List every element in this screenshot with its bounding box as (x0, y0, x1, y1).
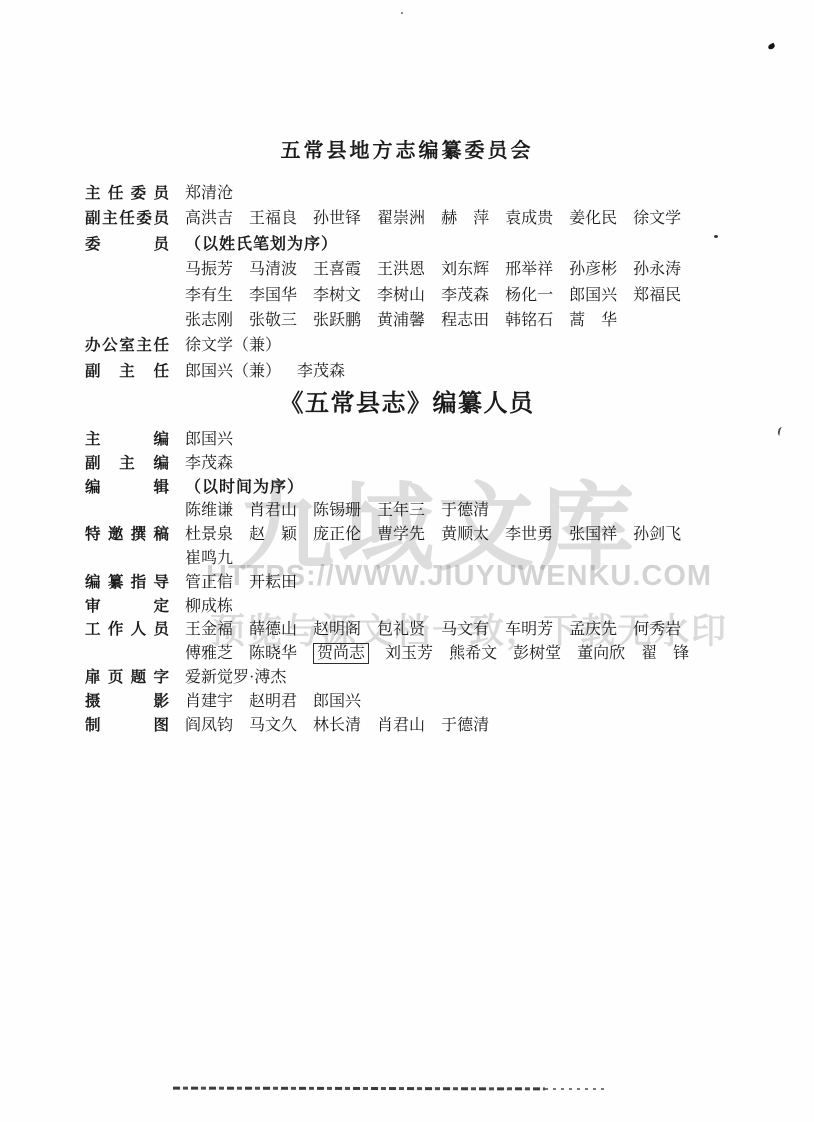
person-name: 孟庆先 (569, 620, 617, 639)
roster-row: 李有生李国华李树文李树山李茂森杨化一郎国兴郑福民 (85, 286, 745, 311)
names-list: 郎国兴（兼）李茂森 (185, 362, 345, 381)
names-list: 肖建宇赵明君郎国兴 (185, 692, 361, 711)
person-name: 翟崇洲 (377, 209, 425, 228)
names-list: 崔鸣九 (185, 549, 233, 568)
person-name: 包礼贤 (377, 620, 425, 639)
role-label: 制图 (85, 716, 169, 735)
person-name: 郑福民 (633, 286, 681, 305)
roster-row: 副主编李茂森 (85, 454, 775, 478)
names-list: 王金福薛德山赵明阁包礼贤马文有车明芳孟庆先何秀岩 (185, 620, 681, 639)
roster-row: 傅雅芝陈晓华贺尚志刘玉芳熊希文彭树堂董向欣翟 锋 (85, 644, 775, 668)
roster-row: 编辑（以时间为序） (85, 478, 775, 502)
sort-note: （以姓氏笔划为序） (185, 235, 338, 254)
person-name: 李国华 (249, 286, 297, 305)
roster-row: 主任委员郑清沧 (85, 184, 745, 209)
roster-row: 编纂指导管正信开耘田 (85, 573, 775, 597)
person-name: 孙彦彬 (569, 260, 617, 279)
person-name: 徐文学 (633, 209, 681, 228)
person-name: 张敬三 (249, 311, 297, 330)
names-list: 马振芳马清波王喜霞王洪恩刘东辉邢举祥孙彦彬孙永涛 (185, 260, 681, 279)
staff-title: 《五常县志》编纂人员 (0, 383, 814, 418)
person-name: 彭树堂 (513, 644, 561, 663)
sort-note: （以时间为序） (185, 478, 304, 497)
staff-roster: 主编郎国兴副主编李茂森编辑（以时间为序）陈维谦肖君山陈锡珊王年三于德清特邀撰稿杜… (85, 430, 775, 739)
role-label: 主编 (85, 430, 169, 449)
person-name: 陈锡珊 (313, 501, 361, 520)
roster-row: 张志刚张敬三张跃鹏黄浦馨程志田韩铭石蒿 华 (85, 311, 745, 336)
person-name: 曹学先 (377, 525, 425, 544)
person-name: 郎国兴 (185, 430, 233, 449)
person-name: 李有生 (185, 286, 233, 305)
role-label: 委员 (85, 235, 169, 254)
roster-row: 陈维谦肖君山陈锡珊王年三于德清 (85, 501, 775, 525)
roster-row: 制图阎凤钧马文久林长清肖君山于德清 (85, 716, 775, 740)
role-label: 编辑 (85, 478, 169, 497)
person-name: 爱新觉罗·溥杰 (185, 668, 286, 687)
person-name: 阎凤钧 (185, 716, 233, 735)
person-name: 马振芳 (185, 260, 233, 279)
names-list: 李有生李国华李树文李树山李茂森杨化一郎国兴郑福民 (185, 286, 681, 305)
roster-row: 特邀撰稿杜景泉赵 颖庞正伦曹学先黄顺太李世勇张国祥孙剑飞 (85, 525, 775, 549)
person-name: 马清波 (249, 260, 297, 279)
roster-row: 主编郎国兴 (85, 430, 775, 454)
person-name: 孙永涛 (633, 260, 681, 279)
names-list: 郑清沧 (185, 184, 233, 203)
person-name: 王年三 (377, 501, 425, 520)
role-label: 扉页题字 (85, 668, 169, 687)
person-name: 管正信 (185, 573, 233, 592)
person-name: 马文有 (441, 620, 489, 639)
names-list: 陈维谦肖君山陈锡珊王年三于德清 (185, 501, 489, 520)
person-name: 孙剑飞 (633, 525, 681, 544)
person-name: 何秀岩 (633, 620, 681, 639)
roster-row: 马振芳马清波王喜霞王洪恩刘东辉邢举祥孙彦彬孙永涛 (85, 260, 745, 285)
person-name: 刘玉芳 (385, 644, 433, 663)
role-label: 摄影 (85, 692, 169, 711)
person-name: 蒿 华 (569, 311, 617, 330)
roster-row: 副主任委员高洪吉王福良孙世铎翟崇洲赫 萍袁成贵姜化民徐文学 (85, 209, 745, 234)
names-list: 杜景泉赵 颖庞正伦曹学先黄顺太李世勇张国祥孙剑飞 (185, 525, 681, 544)
names-list: 爱新觉罗·溥杰 (185, 668, 286, 687)
person-name: 马文久 (249, 716, 297, 735)
roster-row: 摄影肖建宇赵明君郎国兴 (85, 692, 775, 716)
committee-roster: 主任委员郑清沧副主任委员高洪吉王福良孙世铎翟崇洲赫 萍袁成贵姜化民徐文学委员（以… (85, 184, 745, 387)
person-name: 王洪恩 (377, 260, 425, 279)
person-name: 袁成贵 (505, 209, 553, 228)
names-list: 管正信开耘田 (185, 573, 297, 592)
person-name: 林长清 (313, 716, 361, 735)
person-name: 崔鸣九 (185, 549, 233, 568)
role-label: 审定 (85, 597, 169, 616)
roster-row: 办公室主任徐文学（兼） (85, 336, 745, 361)
person-name: 邢举祥 (505, 260, 553, 279)
person-name: 董向欣 (577, 644, 625, 663)
person-name: 王金福 (185, 620, 233, 639)
person-name: 王福良 (249, 209, 297, 228)
names-list: 李茂森 (185, 454, 233, 473)
person-name: 翟 锋 (641, 644, 689, 663)
role-label: 工作人员 (85, 620, 169, 639)
person-name: 傅雅芝 (185, 644, 233, 663)
names-list: （以时间为序） (185, 478, 304, 497)
roster-row: 审定柳成栋 (85, 597, 775, 621)
roster-row: 扉页题字爱新觉罗·溥杰 (85, 668, 775, 692)
person-name: 开耘田 (249, 573, 297, 592)
person-name: 郎国兴（兼） (185, 362, 281, 381)
names-list: （以姓氏笔划为序） (185, 235, 338, 254)
person-name: 姜化民 (569, 209, 617, 228)
person-name: 李茂森 (185, 454, 233, 473)
person-name: 李世勇 (505, 525, 553, 544)
person-name: 杜景泉 (185, 525, 233, 544)
names-list: 郎国兴 (185, 430, 233, 449)
person-name: 张国祥 (569, 525, 617, 544)
names-list: 张志刚张敬三张跃鹏黄浦馨程志田韩铭石蒿 华 (185, 311, 617, 330)
person-name: 于德清 (441, 501, 489, 520)
person-name: 高洪吉 (185, 209, 233, 228)
person-name: 黄顺太 (441, 525, 489, 544)
person-name: 肖君山 (249, 501, 297, 520)
role-label: 主任委员 (85, 184, 169, 203)
person-name: 柳成栋 (185, 597, 233, 616)
person-name: 李树文 (313, 286, 361, 305)
person-name: 程志田 (441, 311, 489, 330)
person-name: 刘东辉 (441, 260, 489, 279)
page-content: 五常县地方志编纂委员会 主任委员郑清沧副主任委员高洪吉王福良孙世铎翟崇洲赫 萍袁… (0, 0, 814, 1122)
person-name: 于德清 (441, 716, 489, 735)
person-name: 李树山 (377, 286, 425, 305)
person-name: 车明芳 (505, 620, 553, 639)
person-name: 赫 萍 (441, 209, 489, 228)
person-name: 赵 颖 (249, 525, 297, 544)
names-list: 阎凤钧马文久林长清肖君山于德清 (185, 716, 489, 735)
person-name: 李茂森 (297, 362, 345, 381)
roster-row: 工作人员王金福薛德山赵明阁包礼贤马文有车明芳孟庆先何秀岩 (85, 620, 775, 644)
roster-row: 崔鸣九 (85, 549, 775, 573)
person-name: 赵明君 (249, 692, 297, 711)
names-list: 傅雅芝陈晓华贺尚志刘玉芳熊希文彭树堂董向欣翟 锋 (185, 644, 689, 663)
person-name: 贺尚志 (313, 643, 369, 664)
person-name: 孙世铎 (313, 209, 361, 228)
names-list: 高洪吉王福良孙世铎翟崇洲赫 萍袁成贵姜化民徐文学 (185, 209, 681, 228)
names-list: 柳成栋 (185, 597, 233, 616)
person-name: 王喜霞 (313, 260, 361, 279)
committee-title: 五常县地方志编纂委员会 (0, 134, 814, 163)
person-name: 薛德山 (249, 620, 297, 639)
person-name: 李茂森 (441, 286, 489, 305)
person-name: 肖君山 (377, 716, 425, 735)
role-label: 副主任 (85, 362, 169, 381)
role-label: 办公室主任 (85, 336, 169, 355)
person-name: 庞正伦 (313, 525, 361, 544)
role-label: 特邀撰稿 (85, 525, 169, 544)
person-name: 郑清沧 (185, 184, 233, 203)
role-label: 副主任委员 (85, 209, 169, 228)
person-name: 肖建宇 (185, 692, 233, 711)
person-name: 郎国兴 (569, 286, 617, 305)
person-name: 赵明阁 (313, 620, 361, 639)
person-name: 陈维谦 (185, 501, 233, 520)
roster-row: 委员（以姓氏笔划为序） (85, 235, 745, 260)
person-name: 徐文学（兼） (185, 336, 281, 355)
person-name: 韩铭石 (505, 311, 553, 330)
scanned-page: 九域文库 HTTPS://WWW.JIUYUWENKU.COM 预览与源文档一致… (0, 0, 814, 1122)
role-label: 副主编 (85, 454, 169, 473)
person-name: 张跃鹏 (313, 311, 361, 330)
person-name: 陈晓华 (249, 644, 297, 663)
person-name: 郎国兴 (313, 692, 361, 711)
person-name: 熊希文 (449, 644, 497, 663)
person-name: 杨化一 (505, 286, 553, 305)
person-name: 张志刚 (185, 311, 233, 330)
person-name: 黄浦馨 (377, 311, 425, 330)
role-label: 编纂指导 (85, 573, 169, 592)
names-list: 徐文学（兼） (185, 336, 281, 355)
